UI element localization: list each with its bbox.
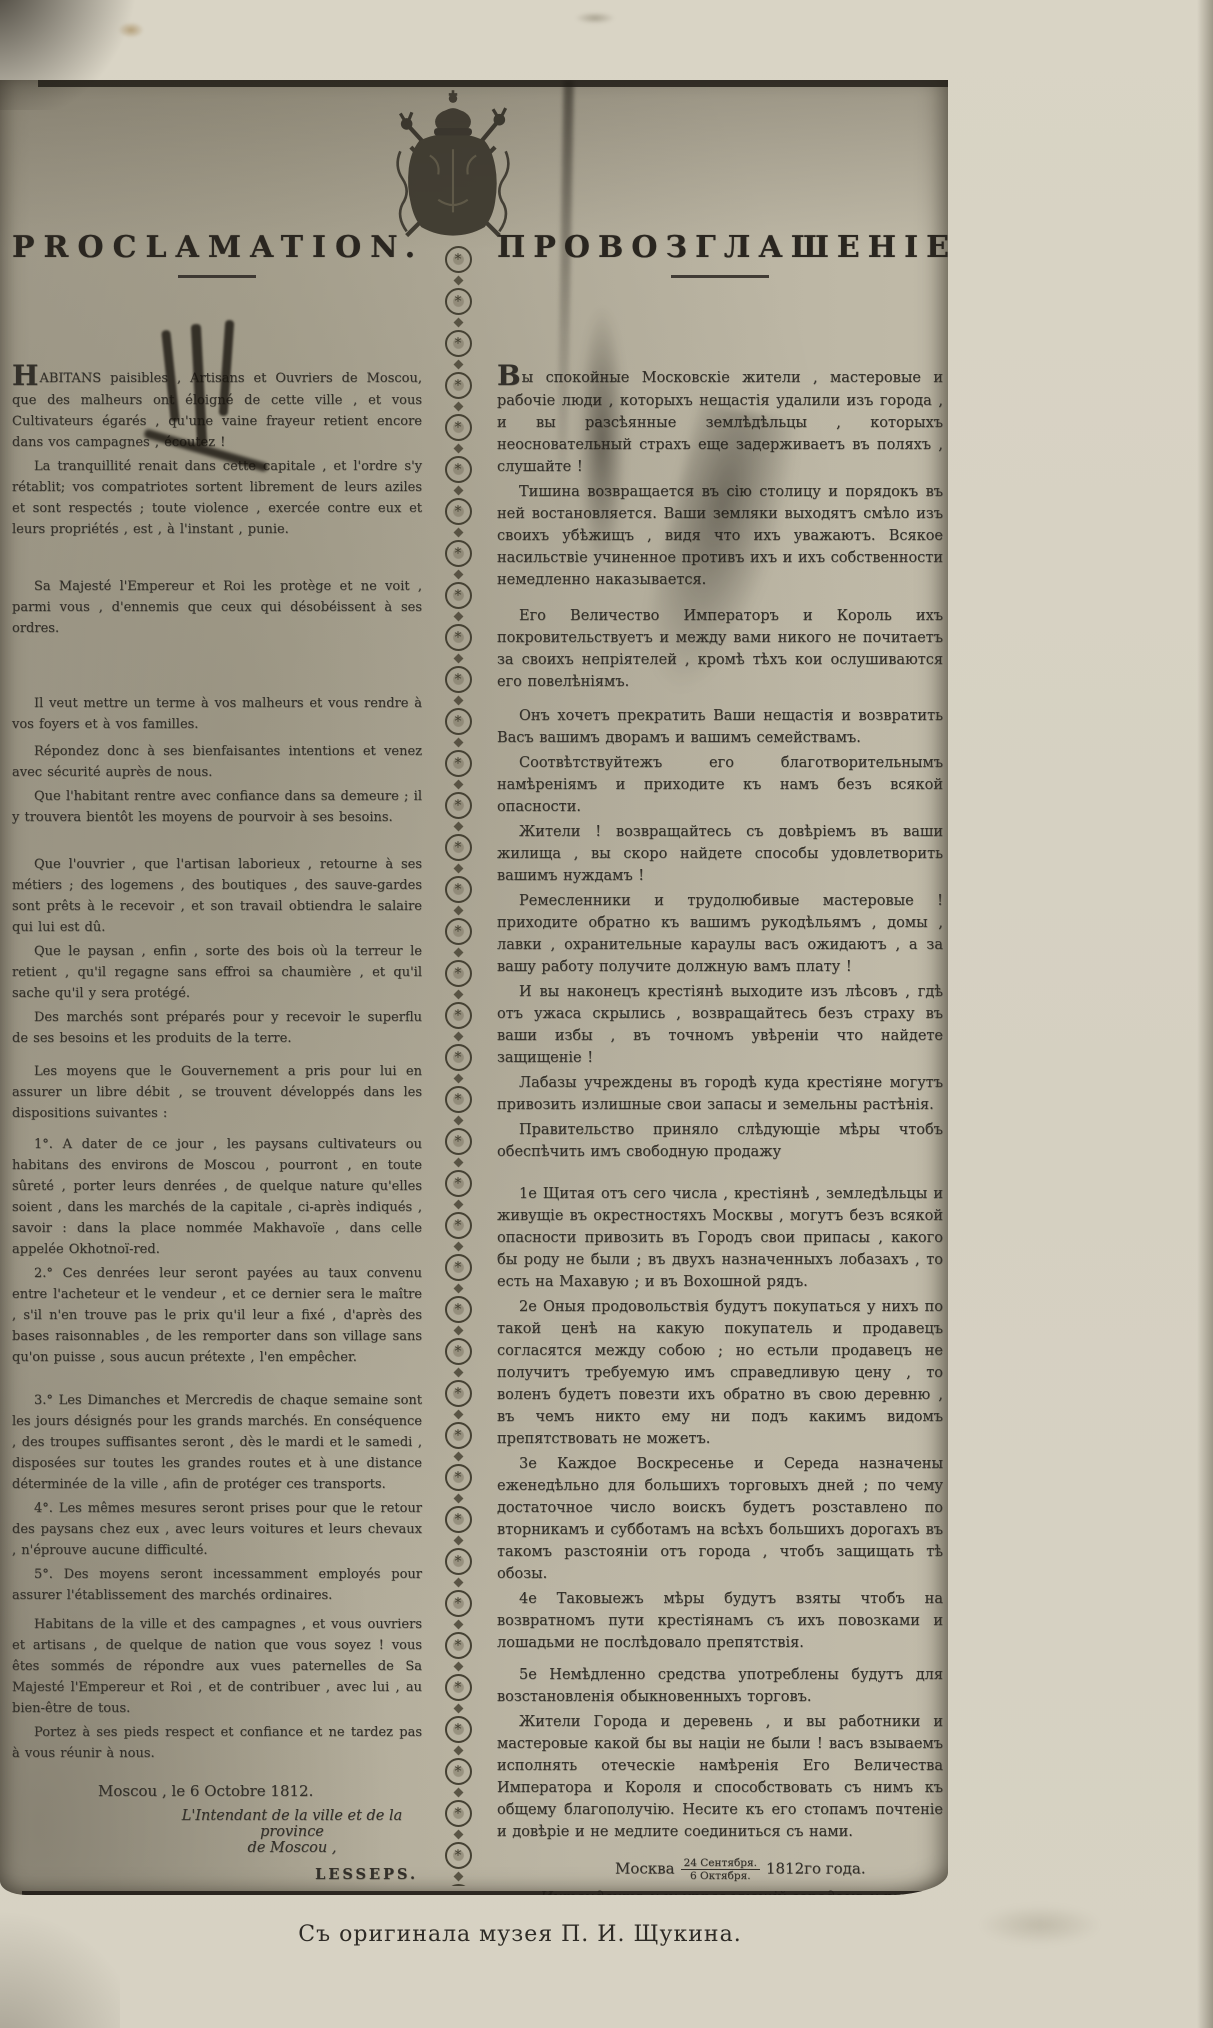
paragraph: 4°. Les mêmes mesures seront prises pour…: [12, 1498, 422, 1561]
rosette-icon: *: [445, 960, 472, 987]
paragraph: Его Величество Императоръ и Король ихъ п…: [497, 605, 943, 693]
ornament-link: [453, 1872, 463, 1882]
rosette-icon: *: [445, 624, 472, 651]
ornament-link: [453, 906, 463, 916]
paper-stain: [118, 22, 144, 38]
ornament-link: [453, 318, 463, 328]
rosette-icon: *: [445, 1254, 472, 1281]
paragraph: La tranquillité renait dans cette capita…: [12, 456, 422, 540]
russian-title-underline: [671, 275, 769, 278]
french-dateline: Moscou , le 6 Octobre 1812.: [12, 1782, 422, 1800]
rosette-icon: *: [445, 1380, 472, 1407]
ornament-link: [453, 1326, 463, 1336]
ornament-link: [453, 276, 463, 286]
rosette-icon: *: [445, 666, 472, 693]
rosette-icon: *: [445, 708, 472, 735]
paragraph: Ремесленники и трудолюбивые мастеровые !…: [497, 890, 943, 978]
french-title: PROCLAMATION.: [12, 230, 422, 265]
page-edge-shadow: [1197, 0, 1213, 2028]
ornament-link: [453, 864, 463, 874]
paragraph: 1е Щитая отъ сего числа , крестіянѣ , зе…: [497, 1183, 943, 1293]
ornament-link: [453, 1410, 463, 1420]
ornament-link: [453, 1200, 463, 1210]
rosette-icon: *: [445, 1128, 472, 1155]
ornament-link: [453, 360, 463, 370]
ornament-link: [453, 1578, 463, 1588]
paragraph: Répondez donc à ses bienfaisantes intent…: [12, 741, 422, 783]
ornament-link: [453, 1788, 463, 1798]
paragraph: Жители ! возвращайтесь съ довѣріемъ въ в…: [497, 821, 943, 887]
ornament-link: [453, 612, 463, 622]
paragraph: Il veut mettre un terme à vos malheurs e…: [12, 693, 422, 735]
rosette-icon: *: [445, 1002, 472, 1029]
ornament-link: [453, 1746, 463, 1756]
rosette-icon: *: [445, 1842, 472, 1869]
ornament-link: [453, 528, 463, 538]
paragraph: Жители Города и деревень , и вы работник…: [497, 1711, 943, 1843]
paragraph: Habitans de la ville et des campagnes , …: [12, 1614, 422, 1719]
rosette-icon: *: [445, 330, 472, 357]
paragraph: Соотвѣтствуйтежъ его благотворительнымъ …: [497, 752, 943, 818]
paragraph: Des marchés sont préparés pour y recevoi…: [12, 1007, 422, 1049]
rosette-icon: *: [445, 1548, 472, 1575]
ornament-link: [453, 402, 463, 412]
russian-dateline: Москва24 Сентября.6 Октября.1812го года.: [497, 1857, 943, 1882]
rosette-icon: *: [445, 1212, 472, 1239]
rosette-icon: *: [445, 792, 472, 819]
paragraph: Тишина возвращается въ сію столицу и пор…: [497, 481, 943, 591]
ornament-link: [453, 570, 463, 580]
french-signature-name: LESSEPS.: [12, 1866, 422, 1883]
ornament-link: [453, 1116, 463, 1126]
ornament-link: [453, 1158, 463, 1168]
caption: Съ оригинала музея П. И. Щукина.: [0, 1922, 1040, 1947]
ornament-link: [453, 444, 463, 454]
rosette-icon: *: [445, 1464, 472, 1491]
rosette-icon: *: [445, 1044, 472, 1071]
french-signature-role-line1: L'Intendant de la ville et de la provinc…: [162, 1808, 422, 1840]
rosette-icon: *: [445, 1758, 472, 1785]
paragraph: И вы наконецъ крестіянѣ выходите изъ лѣс…: [497, 981, 943, 1069]
paragraph: 5°. Des moyens seront incessamment emplo…: [12, 1564, 422, 1606]
ornament-link: [453, 696, 463, 706]
rosette-icon: *: [445, 456, 472, 483]
paragraph: 2.° Ces denrées leur seront payées au ta…: [12, 1263, 422, 1368]
page-corner-shadow-bottom: [0, 1888, 120, 2028]
paragraph: 5е Немѣдленно средства употреблены будут…: [497, 1664, 943, 1708]
rosette-icon: *: [445, 1338, 472, 1365]
paragraph: Правительство приняло слѣдующіе мѣры что…: [497, 1119, 943, 1163]
ornament-link: [453, 1494, 463, 1504]
ornament-link: [453, 1830, 463, 1840]
rosette-icon: *: [445, 498, 472, 525]
rosette-icon: *: [445, 750, 472, 777]
ornament-link: [453, 1536, 463, 1546]
paragraph: 4е Таковыежъ мѣры будутъ взяты чтобъ на …: [497, 1588, 943, 1654]
russian-signature-role-line1: Интендантъ или управляющій городомъ и пр…: [497, 1890, 943, 1895]
ornament-link: [453, 1452, 463, 1462]
paragraph: Лабазы учреждены въ городѣ куда крестіян…: [497, 1072, 943, 1116]
french-signature-role-line2: de Moscou ,: [162, 1840, 422, 1856]
rosette-icon: *: [445, 1296, 472, 1323]
rosette-icon: *: [445, 540, 472, 567]
french-signature-role: L'Intendant de la ville et de la provinc…: [162, 1808, 422, 1856]
paragraph: Que l'ouvrier , que l'artisan laborieux …: [12, 854, 422, 938]
new-style-date: 6 Октября.: [681, 1870, 760, 1882]
rosette-icon: *: [445, 1086, 472, 1113]
paragraph: Portez à ses pieds respect et confiance …: [12, 1722, 422, 1764]
russian-paragraphs: Вы спокойные Московскіе жители , мастеро…: [497, 362, 943, 1843]
column-divider-ornament: ****************************************…: [432, 246, 484, 1886]
ornament-link: [453, 1368, 463, 1378]
ornament-link: [453, 990, 463, 1000]
paragraph: Que l'habitant rentre avec confiance dan…: [12, 786, 422, 828]
french-paragraphs: HABITANS paisibles , Artisans et Ouvrier…: [12, 362, 422, 1764]
rosette-icon: *: [445, 288, 472, 315]
drop-cap-initial: H: [12, 359, 39, 392]
paragraph: Les moyens que le Gouvernement a pris po…: [12, 1061, 422, 1124]
ornament-link: [453, 1620, 463, 1630]
paragraph: Вы спокойные Московскіе жители , мастеро…: [497, 362, 943, 478]
russian-dateline-city: Москва: [615, 1860, 675, 1878]
rosette-icon: *: [445, 1884, 472, 1886]
rosette-icon: *: [445, 1632, 472, 1659]
paper-stain: [980, 1905, 1100, 1945]
rosette-icon: *: [445, 372, 472, 399]
russian-column: ПРОВОЗГЛАШЕНІЕ Вы спокойные Московскіе ж…: [497, 230, 943, 1895]
rosette-icon: *: [445, 876, 472, 903]
drop-cap-initial: В: [497, 359, 522, 392]
ornament-link: [453, 1704, 463, 1714]
rosette-icon: *: [445, 834, 472, 861]
ornament-link: [453, 738, 463, 748]
paragraph: 2е Оныя продовольствія будутъ покупаться…: [497, 1296, 943, 1450]
ornament-link: [453, 654, 463, 664]
paragraph: HABITANS paisibles , Artisans et Ouvrier…: [12, 362, 422, 453]
russian-dateline-year: 1812го года.: [766, 1860, 866, 1878]
russian-signature-role: Интендантъ или управляющій городомъ и пр…: [497, 1890, 943, 1895]
russian-title: ПРОВОЗГЛАШЕНІЕ: [497, 230, 943, 265]
paragraph: Que le paysan , enfin , sorte des bois o…: [12, 941, 422, 1004]
rosette-icon: *: [445, 246, 472, 273]
rosette-icon: *: [445, 1506, 472, 1533]
rosette-icon: *: [445, 1590, 472, 1617]
rosette-icon: *: [445, 1716, 472, 1743]
paragraph: 3.° Les Dimanches et Mercredis de chaque…: [12, 1390, 422, 1495]
rosette-icon: *: [445, 414, 472, 441]
paragraph: Онъ хочетъ прекратить Ваши нещастія и во…: [497, 705, 943, 749]
ornament-link: [453, 1284, 463, 1294]
paragraph: 3е Каждое Воскресенье и Середа назначены…: [497, 1453, 943, 1585]
proclamation-plate: PROCLAMATION. HABITANS paisibles , Artis…: [0, 80, 948, 1895]
rosette-icon: *: [445, 582, 472, 609]
ornament-link: [453, 1032, 463, 1042]
rosette-icon: *: [445, 918, 472, 945]
rosette-icon: *: [445, 1800, 472, 1827]
rosette-icon: *: [445, 1422, 472, 1449]
paragraph: 1°. A dater de ce jour , les paysans cul…: [12, 1134, 422, 1260]
french-title-underline: [178, 275, 256, 278]
rosette-icon: *: [445, 1170, 472, 1197]
rosette-icon: *: [445, 1674, 472, 1701]
ornament-link: [453, 948, 463, 958]
french-column: PROCLAMATION. HABITANS paisibles , Artis…: [12, 230, 422, 1883]
old-style-date: 24 Сентября.: [681, 1857, 760, 1870]
ornament-link: [453, 822, 463, 832]
ornament-link: [453, 780, 463, 790]
ornament-link: [453, 1074, 463, 1084]
dual-style-date: 24 Сентября.6 Октября.: [681, 1857, 760, 1882]
paper-stain: [575, 12, 615, 24]
imperial-crest-icon: [378, 86, 528, 244]
ornament-link: [453, 1242, 463, 1252]
ornament-link: [453, 486, 463, 496]
ornament-link: [453, 1662, 463, 1672]
paragraph: Sa Majesté l'Empereur et Roi les protège…: [12, 576, 422, 639]
